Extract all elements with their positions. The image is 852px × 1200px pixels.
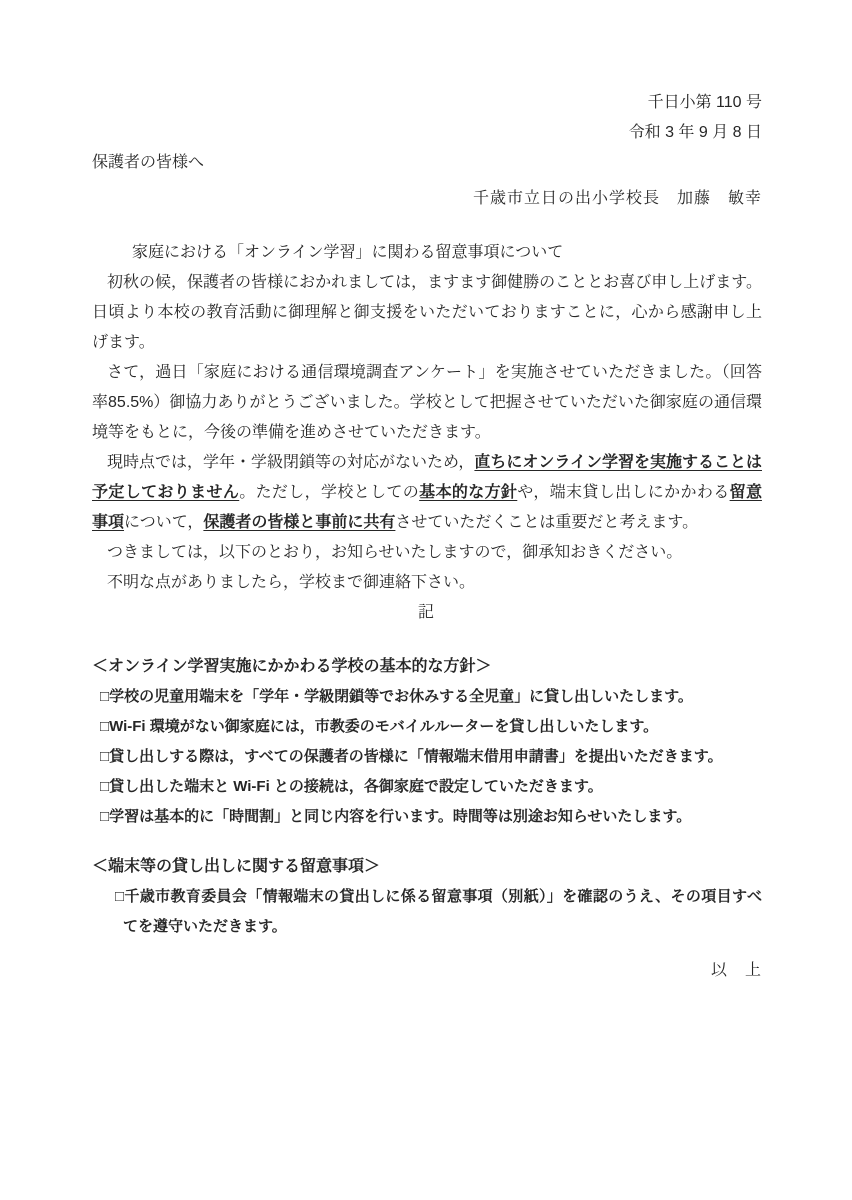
- paragraph-policy-notice: 現時点では，学年・学級閉鎖等の対応がないため，直ちにオンライン学習を実施すること…: [92, 448, 762, 538]
- list-item-text: 千歳市教育委員会「情報端末の貸出しに係る留意事項（別紙）」を確認のうえ、その項目…: [123, 888, 762, 935]
- text-run: や，端末貸し出しにかかわる: [517, 484, 729, 501]
- closing-mark: 以 上: [92, 956, 762, 986]
- recipient-line: 保護者の皆様へ: [92, 148, 762, 178]
- document-page: 千日小第 110 号 令和 3 年 9 月 8 日 保護者の皆様へ 千歳市立日の…: [0, 0, 852, 1200]
- text-run: させていただくことは重要だと考えます。: [395, 514, 698, 531]
- list-item: □学習は基本的に「時間割」と同じ内容を行います。時間等は別途お知らせいたします。: [92, 802, 762, 832]
- emphasized-text: 保護者の皆様と事前に共有: [203, 514, 395, 531]
- section-basic-policy: ＜オンライン学習実施にかかわる学校の基本的な方針＞ □学校の児童用端末を「学年・…: [92, 652, 762, 832]
- ki-marker: 記: [92, 598, 762, 628]
- paragraph-contact: 不明な点がありましたら，学校まで御連絡下さい。: [92, 568, 762, 598]
- list-item: □貸し出しする際は，すべての保護者の皆様に「情報端末借用申請書」を提出いただきま…: [92, 742, 762, 772]
- checkbox-bullet-icon: □: [100, 718, 109, 735]
- paragraph-announcement: つきましては，以下のとおり，お知らせいたしますので，御承知おきください。: [92, 538, 762, 568]
- section-heading-basic-policy: ＜オンライン学習実施にかかわる学校の基本的な方針＞: [92, 652, 762, 682]
- section-heading-loan-notes: ＜端末等の貸し出しに関する留意事項＞: [92, 852, 762, 882]
- list-item: □貸し出した端末と Wi-Fi との接続は，各御家庭で設定していただきます。: [92, 772, 762, 802]
- paragraph-greeting: 初秋の候，保護者の皆様におかれましては，ますます御健勝のこととお喜び申し上げます…: [92, 268, 762, 358]
- paragraph-survey: さて，過日「家庭における通信環境調査アンケート」を実施させていただきました。（回…: [92, 358, 762, 448]
- list-item: □Wi-Fi 環境がない御家庭には，市教委のモバイルルーターを貸し出しいたします…: [92, 712, 762, 742]
- emphasized-text: 基本的な方針: [419, 484, 517, 501]
- list-item: □千歳市教育委員会「情報端末の貸出しに係る留意事項（別紙）」を確認のうえ、その項…: [92, 882, 762, 942]
- text-run: 。ただし，学校としての: [239, 484, 419, 501]
- list-item-text: 学習は基本的に「時間割」と同じ内容を行います。時間等は別途お知らせいたします。: [109, 808, 691, 825]
- list-item-text: 貸し出しする際は，すべての保護者の皆様に「情報端末借用申請書」を提出いただきます…: [109, 748, 723, 765]
- list-item-text: Wi-Fi 環境がない御家庭には，市教委のモバイルルーターを貸し出しいたします。: [109, 718, 658, 735]
- checkbox-bullet-icon: □: [115, 888, 124, 905]
- doc-number: 千日小第 110 号: [92, 88, 762, 118]
- sender-line: 千歳市立日の出小学校長 加藤 敏幸: [92, 184, 762, 214]
- list-item-text: 貸し出した端末と Wi-Fi との接続は，各御家庭で設定していただきます。: [109, 778, 603, 795]
- document-title: 家庭における「オンライン学習」に関わる留意事項について: [92, 238, 762, 268]
- list-item: □学校の児童用端末を「学年・学級閉鎖等でお休みする全児童」に貸し出しいたします。: [92, 682, 762, 712]
- text-run: について，: [124, 514, 203, 531]
- checkbox-bullet-icon: □: [100, 778, 109, 795]
- doc-date: 令和 3 年 9 月 8 日: [92, 118, 762, 148]
- checkbox-bullet-icon: □: [100, 808, 109, 825]
- checkbox-bullet-icon: □: [100, 748, 109, 765]
- text-run: 現時点では，学年・学級閉鎖等の対応がないため，: [107, 454, 474, 471]
- checkbox-bullet-icon: □: [100, 688, 109, 705]
- list-item-text: 学校の児童用端末を「学年・学級閉鎖等でお休みする全児童」に貸し出しいたします。: [109, 688, 693, 705]
- section-loan-notes: ＜端末等の貸し出しに関する留意事項＞ □千歳市教育委員会「情報端末の貸出しに係る…: [92, 852, 762, 942]
